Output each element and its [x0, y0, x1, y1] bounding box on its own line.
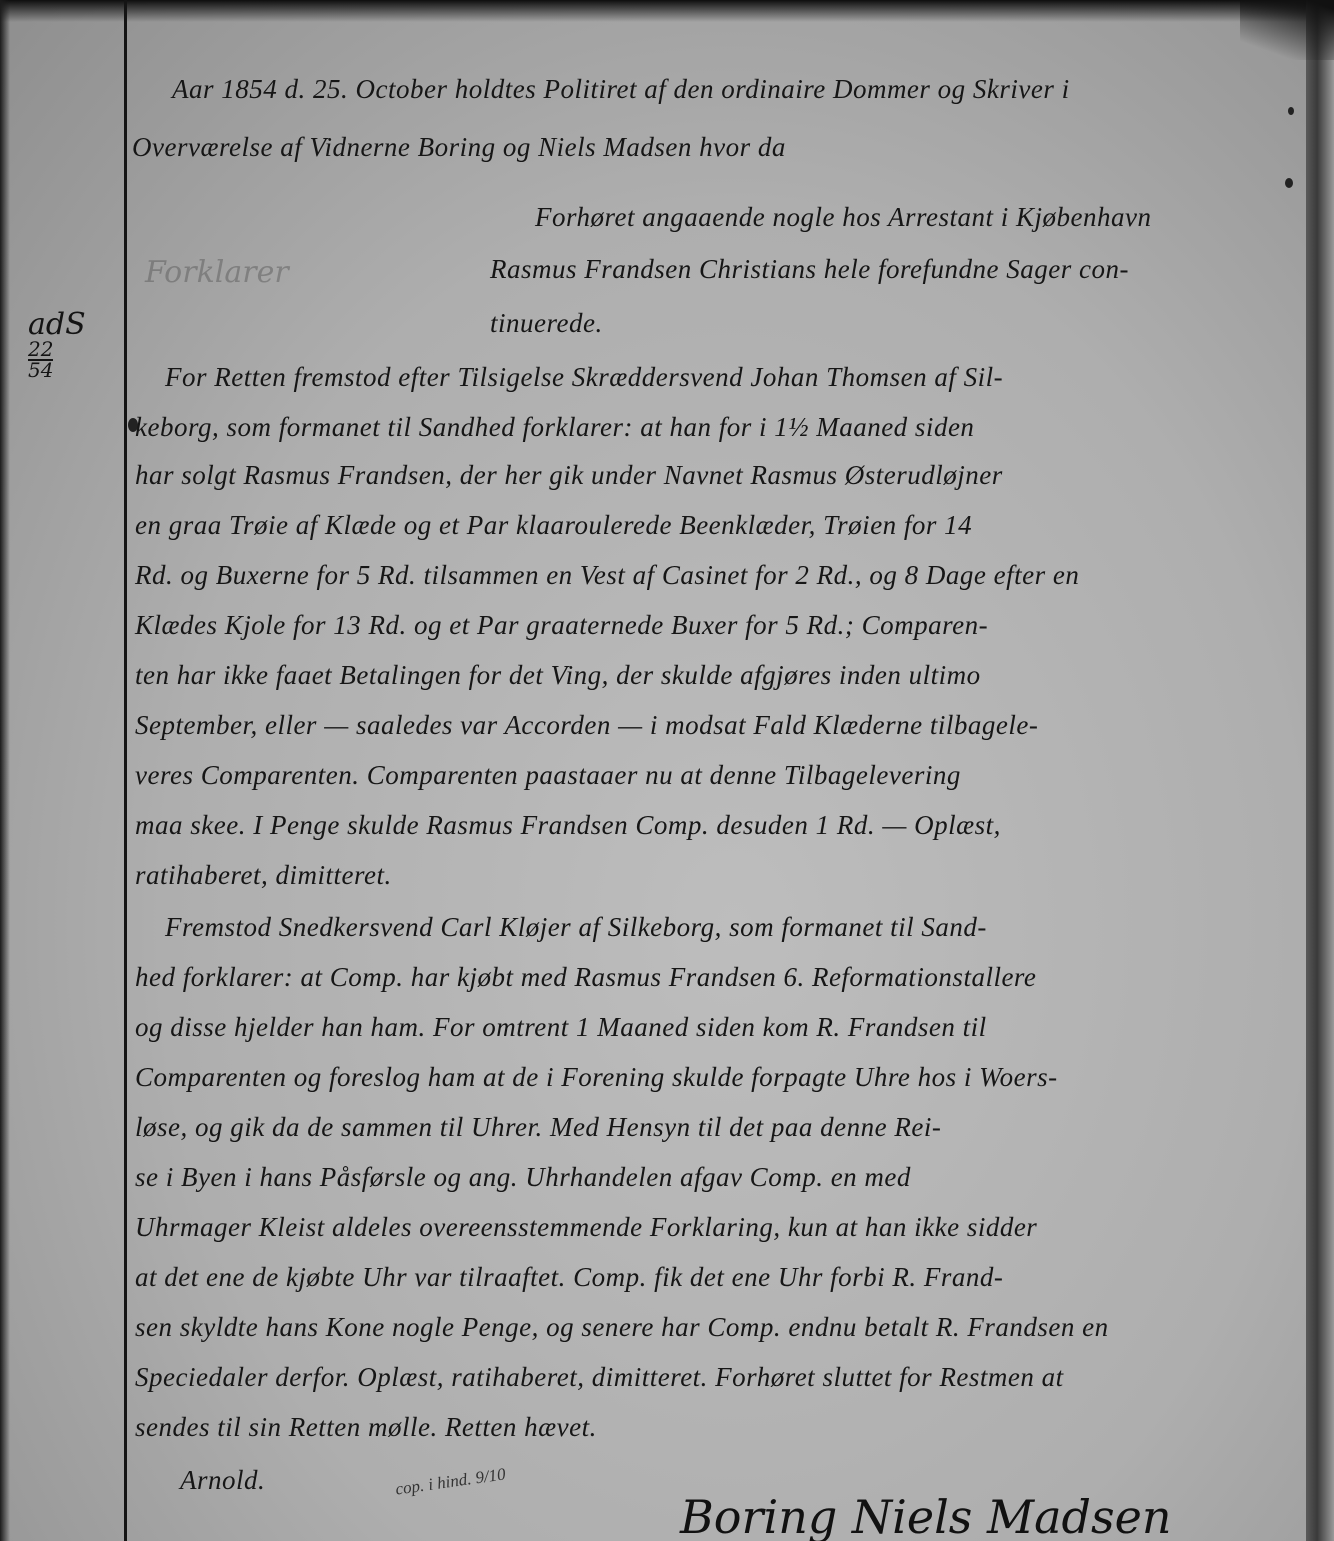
page-left-edge — [0, 0, 10, 1541]
text-line: sendes til sin Retten mølle. Retten hæve… — [135, 1412, 597, 1443]
text-line: løse, og gik da de sammen til Uhrer. Med… — [135, 1112, 941, 1143]
text-line: Rd. og Buxerne for 5 Rd. tilsammen en Ve… — [135, 560, 1079, 591]
text-line: Speciedaler derfor. Oplæst, ratihaberet,… — [135, 1362, 1064, 1393]
page-top-shadow — [0, 0, 1334, 22]
text-line: maa skee. I Penge skulde Rasmus Frandsen… — [135, 810, 1001, 841]
ink-spot — [1288, 107, 1294, 115]
margin-note-mark: S — [65, 307, 86, 342]
page-corner-shadow — [1240, 0, 1334, 60]
text-line: For Retten fremstod efter Tilsigelse Skr… — [165, 362, 1003, 393]
ink-spot — [1285, 178, 1293, 188]
margin-note-fraction: 22 54 — [28, 340, 53, 380]
text-line: se i Byen i hans Påsførsle og ang. Uhrha… — [135, 1162, 911, 1193]
text-line: at det ene de kjøbte Uhr var tilraaftet.… — [135, 1262, 1003, 1293]
bleed-through-text: Forklarer — [145, 255, 289, 290]
text-line: Comparenten og foreslog ham at de i Fore… — [135, 1062, 1058, 1093]
text-line: keborg, som formanet til Sandhed forklar… — [135, 412, 974, 443]
margin-reference-note: adS 22 54 — [28, 310, 120, 380]
text-line: Aar 1854 d. 25. October holdtes Politire… — [172, 74, 1070, 105]
signature: Boring Niels Madsen — [680, 1490, 1171, 1541]
book-binding-edge — [1306, 0, 1334, 1541]
margin-rule-line — [124, 0, 127, 1541]
document-page: adS 22 54 Forklarer Aar 1854 d. 25. Octo… — [0, 0, 1334, 1541]
annotation-note: cop. i hind. 9/10 — [394, 1464, 507, 1499]
text-line: veres Comparenten. Comparenten paastaaer… — [135, 760, 961, 791]
text-line: ten har ikke faaet Betalingen for det Vi… — [135, 660, 981, 691]
text-line: en graa Trøie af Klæde og et Par klaarou… — [135, 510, 972, 541]
text-line: Klædes Kjole for 13 Rd. og et Par graate… — [135, 610, 988, 641]
text-line: tinuerede. — [490, 308, 603, 339]
text-line: Uhrmager Kleist aldeles overeensstemmend… — [135, 1212, 1037, 1243]
text-line: sen skyldte hans Kone nogle Penge, og se… — [135, 1312, 1109, 1343]
text-line: og disse hjelder han ham. For omtrent 1 … — [135, 1012, 987, 1043]
text-line: har solgt Rasmus Frandsen, der her gik u… — [135, 460, 1003, 491]
margin-note-denominator: 54 — [28, 361, 53, 380]
text-line: September, eller — saaledes var Accorden… — [135, 710, 1038, 741]
text-line: Overværelse af Vidnerne Boring og Niels … — [132, 132, 786, 163]
text-line: Rasmus Frandsen Christians hele forefund… — [490, 254, 1129, 285]
text-line: hed forklarer: at Comp. har kjøbt med Ra… — [135, 962, 1036, 993]
text-line: Forhøret angaaende nogle hos Arrestant i… — [535, 202, 1151, 233]
text-line: Fremstod Snedkersvend Carl Kløjer af Sil… — [165, 912, 987, 943]
text-line: ratihaberet, dimitteret. — [135, 860, 392, 891]
closing-name: Arnold. — [180, 1465, 265, 1496]
